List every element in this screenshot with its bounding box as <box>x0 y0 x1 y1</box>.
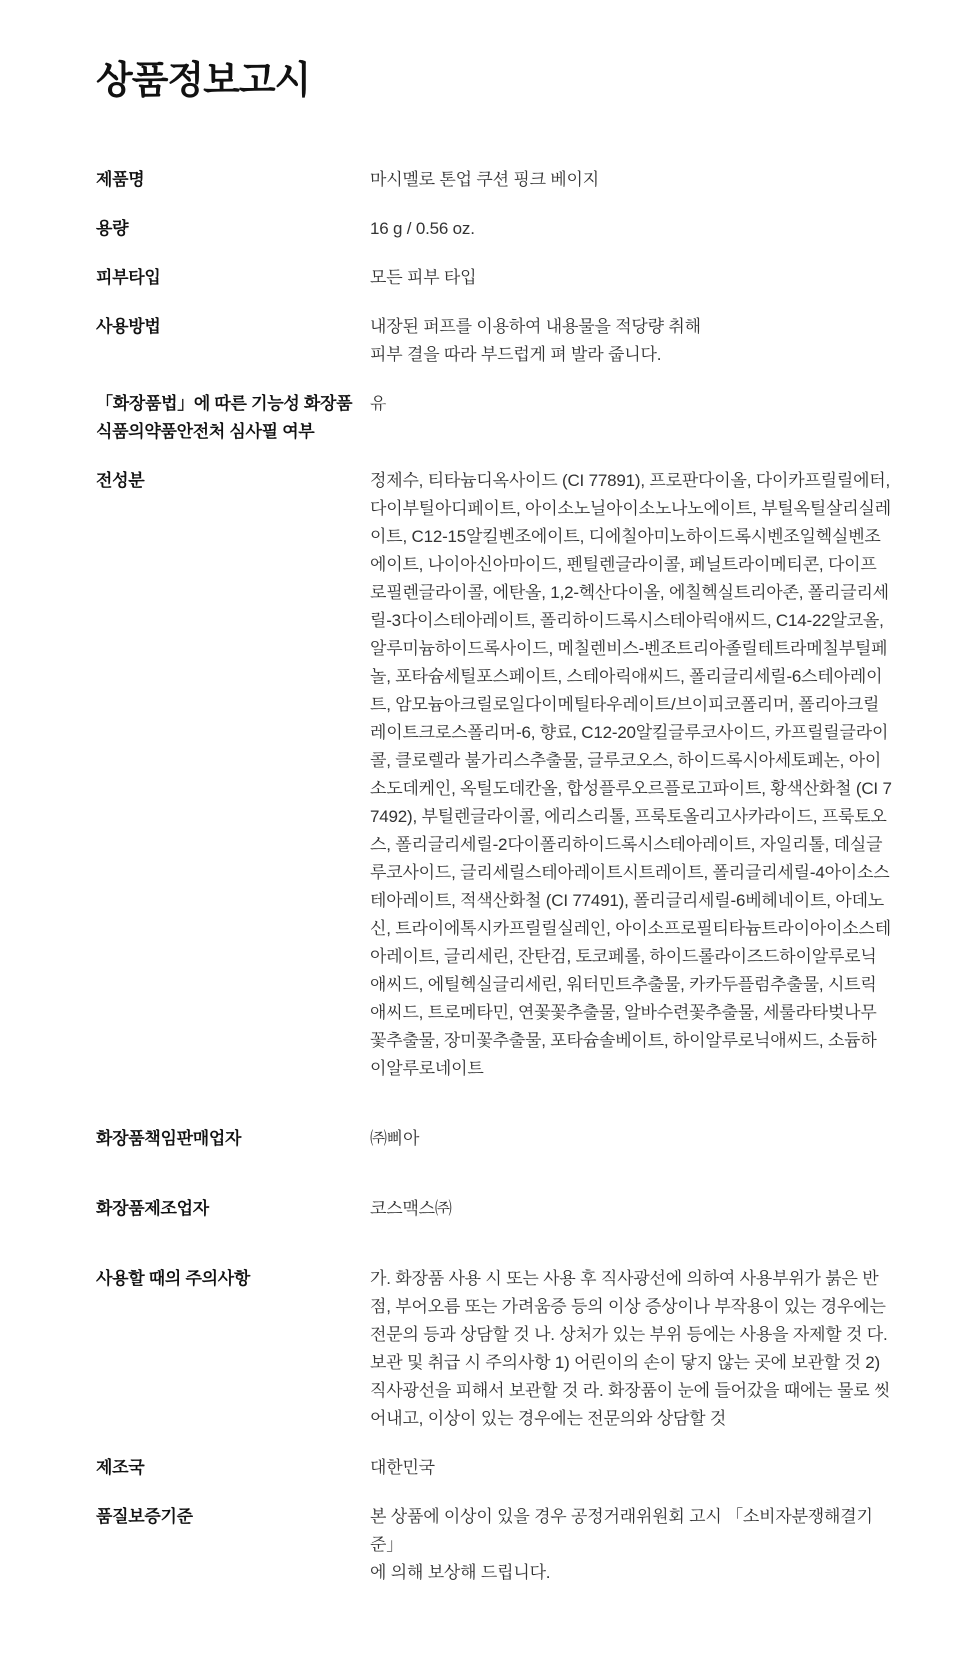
field-value: 모든 피부 타입 <box>370 264 892 292</box>
row-ingredients: 전성분 정제수, 티타늄디옥사이드 (CI 77891), 프로판다이올, 다이… <box>96 467 892 1083</box>
field-value: 대한민국 <box>370 1454 892 1482</box>
field-value: 마시멜로 톤업 쿠션 핑크 베이지 <box>370 166 892 194</box>
field-label: 화장품책임판매업자 <box>96 1125 370 1153</box>
field-label: 용량 <box>96 215 370 243</box>
field-label: 사용할 때의 주의사항 <box>96 1265 370 1293</box>
field-label: 사용방법 <box>96 313 370 341</box>
field-value: 유 <box>370 390 892 418</box>
field-label: 화장품제조업자 <box>96 1195 370 1223</box>
row-precautions: 사용할 때의 주의사항 가. 화장품 사용 시 또는 사용 후 직사광선에 의하… <box>96 1265 892 1433</box>
field-value: 가. 화장품 사용 시 또는 사용 후 직사광선에 의하여 사용부위가 붉은 반… <box>370 1265 892 1433</box>
product-info-page: 상품정보고시 제품명 마시멜로 톤업 쿠션 핑크 베이지 용량 16 g / 0… <box>0 0 960 1668</box>
field-label: 「화장품법」에 따른 기능성 화장품 식품의약품안전처 심사필 여부 <box>96 390 370 446</box>
row-quality-guarantee: 품질보증기준 본 상품에 이상이 있을 경우 공정거래위원회 고시 「소비자분쟁… <box>96 1503 892 1587</box>
row-product-name: 제품명 마시멜로 톤업 쿠션 핑크 베이지 <box>96 166 892 194</box>
field-label: 제조국 <box>96 1454 370 1482</box>
field-label: 품질보증기준 <box>96 1503 370 1531</box>
field-value: 정제수, 티타늄디옥사이드 (CI 77891), 프로판다이올, 다이카프릴릴… <box>370 467 892 1083</box>
field-value: ㈜삐아 <box>370 1125 892 1153</box>
product-info-table: 제품명 마시멜로 톤업 쿠션 핑크 베이지 용량 16 g / 0.56 oz.… <box>96 166 892 1587</box>
row-volume: 용량 16 g / 0.56 oz. <box>96 215 892 243</box>
field-value: 내장된 퍼프를 이용하여 내용물을 적당량 취해 피부 결을 따라 부드럽게 펴… <box>370 313 892 369</box>
field-value: 코스맥스㈜ <box>370 1195 892 1223</box>
row-manufacturer: 화장품제조업자 코스맥스㈜ <box>96 1195 892 1223</box>
field-label: 피부타입 <box>96 264 370 292</box>
row-how-to-use: 사용방법 내장된 퍼프를 이용하여 내용물을 적당량 취해 피부 결을 따라 부… <box>96 313 892 369</box>
field-value: 16 g / 0.56 oz. <box>370 215 892 243</box>
row-responsible-seller: 화장품책임판매업자 ㈜삐아 <box>96 1125 892 1153</box>
row-skin-type: 피부타입 모든 피부 타입 <box>96 264 892 292</box>
field-label: 전성분 <box>96 467 370 495</box>
page-title: 상품정보고시 <box>96 58 892 104</box>
row-country-of-origin: 제조국 대한민국 <box>96 1454 892 1482</box>
row-functional-cosmetics-approval: 「화장품법」에 따른 기능성 화장품 식품의약품안전처 심사필 여부 유 <box>96 390 892 446</box>
field-label: 제품명 <box>96 166 370 194</box>
field-value: 본 상품에 이상이 있을 경우 공정거래위원회 고시 「소비자분쟁해결기준」 에… <box>370 1503 892 1587</box>
